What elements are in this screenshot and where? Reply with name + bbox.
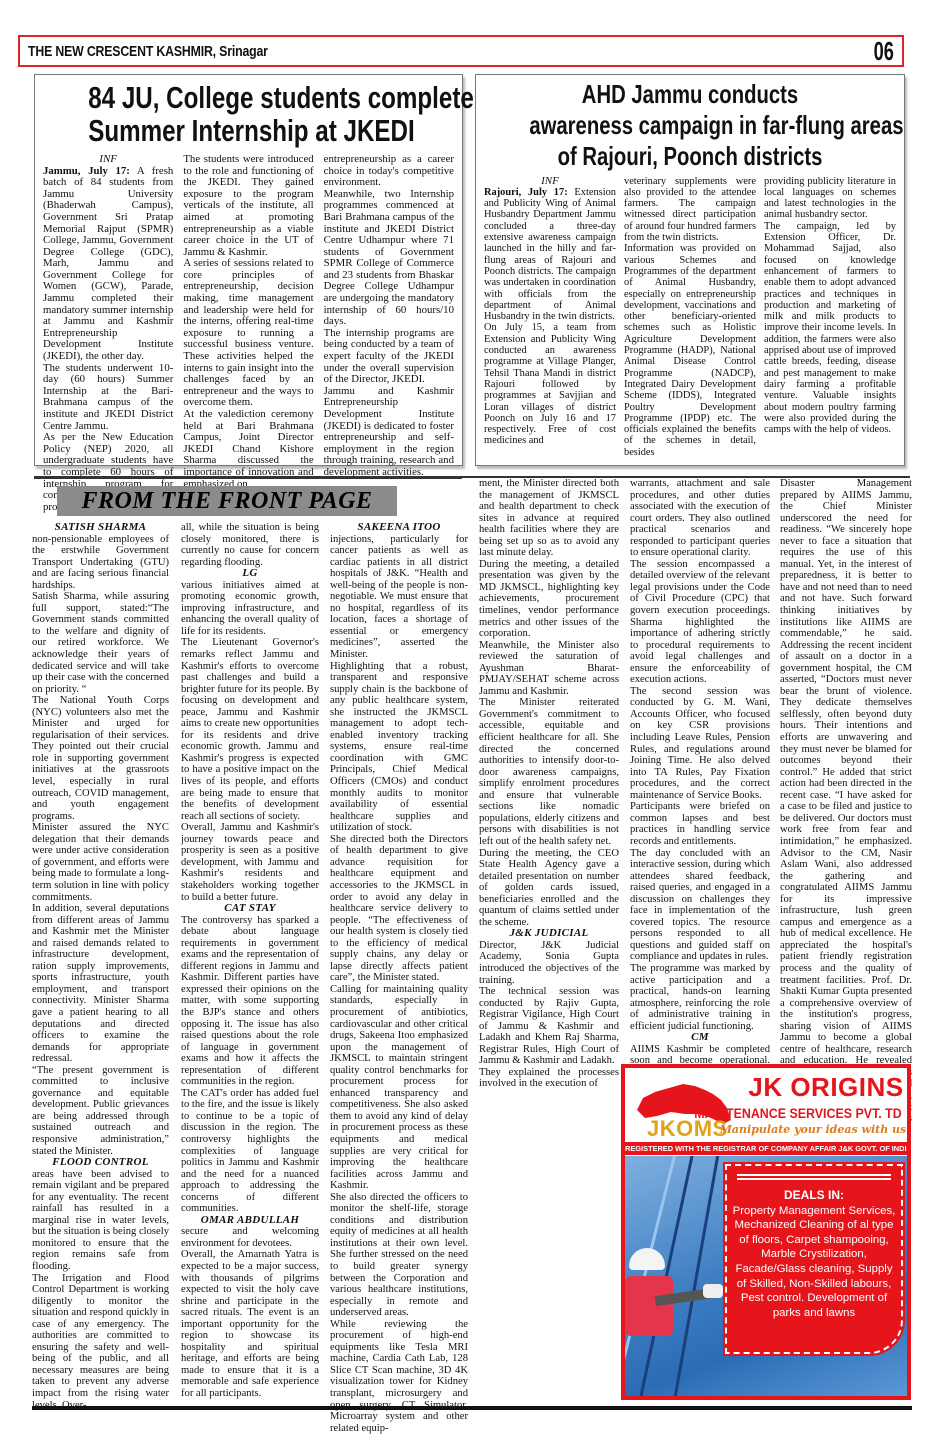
story-paragraph: Information was provided on various Sche… bbox=[624, 243, 756, 458]
paragraph: Overall, Jammu and Kashmir's journey tow… bbox=[181, 822, 319, 903]
ad-deals-box: DEALS IN: Property Management Services, … bbox=[725, 1164, 903, 1354]
story-columns: INF Rajouri, July 17: Extension and Publ… bbox=[484, 176, 896, 458]
ad-deals-list: Property Management Services, Mechanized… bbox=[727, 1204, 901, 1321]
story-column: The students were introduced to the role… bbox=[183, 154, 313, 513]
paragraph: The session encompassed a detailed overv… bbox=[630, 559, 770, 686]
story-paragraph: Jammu, July 17: A fresh batch of 84 stud… bbox=[43, 166, 173, 363]
paragraph: Overall, the Amarnath Yatra is expected … bbox=[181, 1249, 319, 1399]
paragraph: injections, particularly for cancer pati… bbox=[330, 534, 468, 661]
paragraph: The Irrigation and Flood Control Departm… bbox=[32, 1273, 169, 1412]
ad-photo-window-cleaner: DEALS IN: Property Management Services, … bbox=[625, 1156, 907, 1396]
byline: INF bbox=[484, 176, 616, 187]
story-column: providing publicity literature in local … bbox=[764, 176, 896, 458]
story-headline: 84 JU, College students complete Summer … bbox=[43, 81, 454, 148]
newspaper-name: THE NEW CRESCENT KASHMIR, Srinagar bbox=[28, 43, 268, 60]
story-jkedi-internship: 84 JU, College students complete Summer … bbox=[34, 74, 463, 466]
continuation-column: Disaster Management prepared by AIIMS Ja… bbox=[780, 478, 912, 1136]
ad-deals-heading: DEALS IN: bbox=[727, 1188, 901, 1203]
continuation-column: SAKEENA ITOO injections, particularly fo… bbox=[330, 522, 468, 1434]
story-column: veterinary supplements were also provide… bbox=[624, 176, 756, 458]
story-column: entrepreneurship as a career choice in t… bbox=[324, 154, 454, 513]
paragraph: The second session was conducted by G. M… bbox=[630, 686, 770, 801]
section-heading: SAKEENA ITOO bbox=[330, 522, 468, 534]
paragraph: “The present government is committed to … bbox=[32, 1065, 169, 1157]
paragraph: The technical session was conducted by R… bbox=[479, 986, 619, 1067]
story-paragraph: Meanwhile, two Internship programmes com… bbox=[324, 189, 454, 328]
paragraph: secure and welcoming environment for dev… bbox=[181, 1226, 319, 1249]
page-number: 06 bbox=[874, 36, 894, 67]
paragraph: The day concluded with an interactive se… bbox=[630, 848, 770, 963]
story-column: INF Jammu, July 17: A fresh batch of 84 … bbox=[43, 154, 173, 513]
paragraph: The Lieutenant Governor's remarks reflec… bbox=[181, 637, 319, 822]
ad-registration: REGISTERED WITH THE REGISTRAR OF COMPANY… bbox=[625, 1142, 907, 1155]
paragraph: During the meeting, a detailed presentat… bbox=[479, 559, 619, 640]
paragraph: Minister assured the NYC delegation that… bbox=[32, 822, 169, 903]
section-heading: OMAR ABDULLAH bbox=[181, 1215, 319, 1227]
paragraph: The CAT's order has added fuel to the fi… bbox=[181, 1088, 319, 1215]
ad-subtitle: MAINTENANCE SERVICES PVT. TD bbox=[694, 1106, 902, 1121]
paragraph: During the meeting, the CEO State Health… bbox=[479, 848, 619, 929]
paragraph: She directed both the Directors of healt… bbox=[330, 834, 468, 984]
section-heading: LG bbox=[181, 568, 319, 580]
story-paragraph: A series of sessions related to core pri… bbox=[183, 258, 313, 409]
story-paragraph: Jammu and Kashmir Entrepreneurship Devel… bbox=[324, 386, 454, 479]
section-heading: SATISH SHARMA bbox=[32, 522, 169, 534]
section-heading: FLOOD CONTROL bbox=[32, 1157, 169, 1169]
page-bottom-rule bbox=[32, 1406, 912, 1410]
paragraph: Director, J&K Judicial Academy, Sonia Gu… bbox=[479, 940, 619, 986]
dateline: Jammu, July 17: bbox=[43, 165, 130, 177]
story-paragraph: Rajouri, July 17: Extension and Publicit… bbox=[484, 187, 616, 323]
story-paragraph: The internship programs are being conduc… bbox=[324, 328, 454, 386]
story-paragraph: On July 15, a team from Extension and Pu… bbox=[484, 322, 616, 446]
advertisement-jk-origins[interactable]: JKOMS JK ORIGINS MAINTENANCE SERVICES PV… bbox=[621, 1064, 911, 1400]
paragraph: non-pensionable employees of the erstwhi… bbox=[32, 534, 169, 592]
section-heading: J&K JUDICIAL bbox=[479, 928, 619, 940]
continuation-column: ment, the Minister directed both the man… bbox=[479, 478, 619, 1090]
paragraph: various initiatives aimed at promoting e… bbox=[181, 580, 319, 638]
paragraph: warrants, attachment and sale procedures… bbox=[630, 478, 770, 559]
worker-figure bbox=[625, 1276, 673, 1336]
paragraph: areas have been advised to remain vigila… bbox=[32, 1169, 169, 1273]
story-paragraph: veterinary supplements were also provide… bbox=[624, 176, 756, 244]
story-headline: AHD Jammu conducts awareness campaign in… bbox=[484, 79, 896, 173]
paragraph: The programme was marked by active parti… bbox=[630, 963, 770, 1032]
paragraph: Participants were briefed on common laps… bbox=[630, 801, 770, 847]
dateline: Rajouri, July 17: bbox=[484, 187, 568, 198]
story-column: INF Rajouri, July 17: Extension and Publ… bbox=[484, 176, 616, 458]
paragraph: Satish Sharma, while assuring full suppo… bbox=[32, 591, 169, 695]
paragraph: Highlighting that a robust, transparent … bbox=[330, 661, 468, 834]
ad-title: JK ORIGINS bbox=[741, 1072, 911, 1103]
paragraph: Disaster Management prepared by AIIMS Ja… bbox=[780, 478, 912, 1136]
continuation-column: warrants, attachment and sale procedures… bbox=[630, 478, 770, 1078]
paragraph: While reviewing the procurement of high-… bbox=[330, 1319, 468, 1434]
story-paragraph: The campaign, led by Extension Officer, … bbox=[764, 221, 896, 436]
paragraph: Calling for maintaining quality standard… bbox=[330, 984, 468, 1192]
story-columns: INF Jammu, July 17: A fresh batch of 84 … bbox=[43, 154, 454, 513]
paragraph: She also directed the officers to monito… bbox=[330, 1192, 468, 1319]
story-paragraph: The students were introduced to the role… bbox=[183, 154, 313, 258]
section-heading: CAT STAY bbox=[181, 903, 319, 915]
front-page-banner: FROM THE FRONT PAGE bbox=[57, 486, 397, 516]
paragraph: ment, the Minister directed both the man… bbox=[479, 478, 619, 559]
continuation-column: SATISH SHARMA non-pensionable employees … bbox=[32, 522, 169, 1411]
masthead: THE NEW CRESCENT KASHMIR, Srinagar 06 bbox=[18, 35, 904, 67]
paragraph: In addition, several deputations from di… bbox=[32, 903, 169, 1065]
continuation-column: all, while the situation is being closel… bbox=[181, 522, 319, 1400]
ad-tagline: Manipulate your ideas with us bbox=[715, 1123, 911, 1136]
section-heading: CM bbox=[630, 1032, 770, 1044]
story-ahd-awareness: AHD Jammu conducts awareness campaign in… bbox=[475, 74, 905, 466]
paragraph: The Minister reiterated Government's com… bbox=[479, 697, 619, 847]
story-paragraph: The students underwent 10-day (60 hours)… bbox=[43, 363, 173, 433]
paragraph: They explained the processes involved in… bbox=[479, 1067, 619, 1090]
story-paragraph: entrepreneurship as a career choice in t… bbox=[324, 154, 454, 189]
story-paragraph: providing publicity literature in local … bbox=[764, 176, 896, 221]
paragraph: all, while the situation is being closel… bbox=[181, 522, 319, 568]
paragraph: The controversy has sparked a debate abo… bbox=[181, 915, 319, 1088]
section-divider bbox=[34, 476, 462, 479]
banner-title: FROM THE FRONT PAGE bbox=[81, 488, 372, 515]
paragraph: The National Youth Corps (NYC) volunteer… bbox=[32, 695, 169, 822]
helmet-icon bbox=[629, 1248, 665, 1270]
paragraph: Meanwhile, the Minister also reviewed th… bbox=[479, 640, 619, 698]
